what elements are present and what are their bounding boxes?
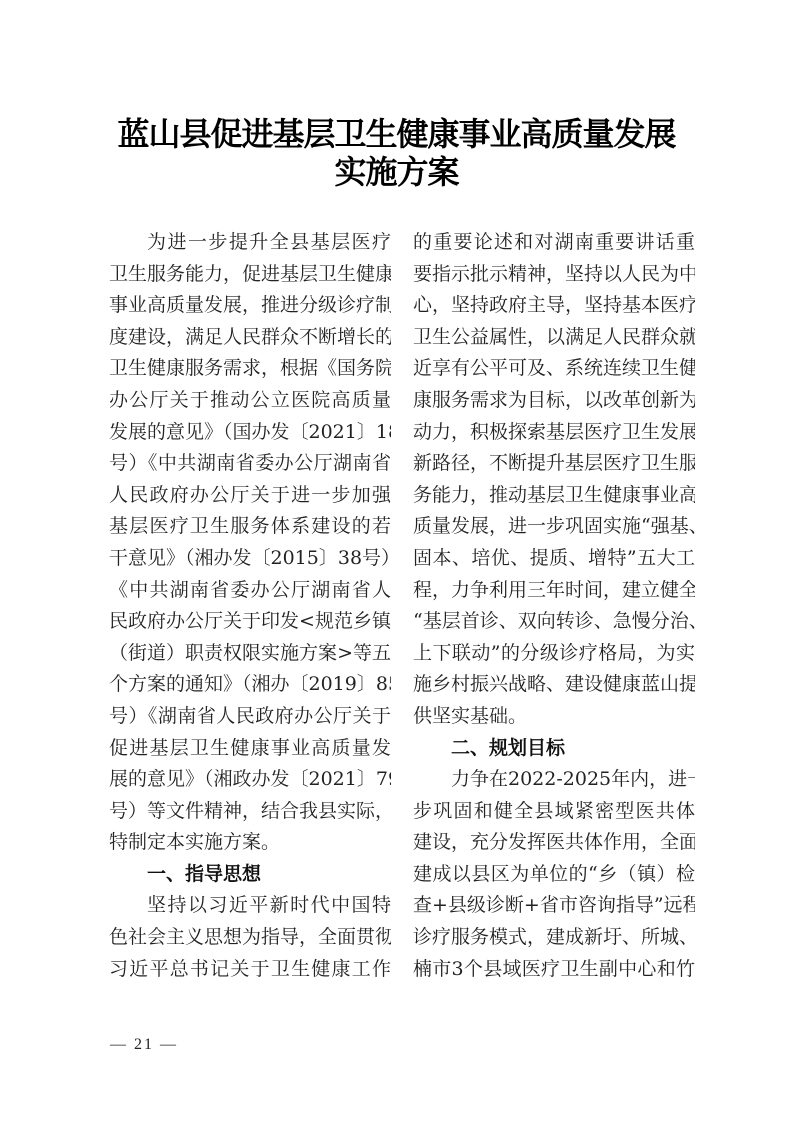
text-line: 康服务需求为目标，以改革创新为 (413, 385, 695, 417)
document-title-line-2: 实施方案 (0, 152, 793, 192)
document-page: 蓝山县促进基层卫生健康事业高质量发展 实施方案 为进一步提升全县基层医疗卫生服务… (0, 0, 793, 1122)
text-line: 人民政府办公厅关于进一步加强 (109, 480, 391, 512)
text-line: 展的意见》（湘政办发〔2021〕79 (109, 764, 391, 796)
text-line: 事业高质量发展，推进分级诊疗制 (109, 290, 391, 322)
text-line: 习近平总书记关于卫生健康工作 (109, 954, 391, 986)
text-line: 供坚实基础。 (413, 701, 695, 733)
text-line: 为进一步提升全县基层医疗 (109, 227, 391, 259)
text-line: “基层首诊、双向转诊、急慢分治、 (413, 606, 695, 638)
text-line: 卫生服务能力，促进基层卫生健康 (109, 259, 391, 291)
section-heading: 一、指导思想 (109, 859, 391, 891)
text-line: 步巩固和健全县域紧密型医共体 (413, 796, 695, 828)
text-line: 卫生公益属性，以满足人民群众就 (413, 322, 695, 354)
text-line: 动力，积极探索基层医疗卫生发展 (413, 417, 695, 449)
text-line: 的重要论述和对湖南重要讲话重 (413, 227, 695, 259)
text-line: 要指示批示精神，坚持以人民为中 (413, 259, 695, 291)
text-line: 办公厅关于推动公立医院高质量 (109, 385, 391, 417)
text-line: 质量发展，进一步巩固实施“强基、 (413, 511, 695, 543)
text-line: 《中共湖南省委办公厅湖南省人 (109, 575, 391, 607)
text-line: （街道）职责权限实施方案>等五 (109, 638, 391, 670)
text-line: 号）等文件精神，结合我县实际， (109, 796, 391, 828)
text-line: 坚持以习近平新时代中国特 (109, 890, 391, 922)
text-line: 色社会主义思想为指导，全面贯彻 (109, 922, 391, 954)
right-text-column: 的重要论述和对湖南重要讲话重要指示批示精神，坚持以人民为中心，坚持政府主导，坚持… (413, 227, 695, 985)
page-number: — 21 — (110, 1036, 178, 1054)
text-line: 务能力，推动基层卫生健康事业高 (413, 480, 695, 512)
text-line: 促进基层卫生健康事业高质量发 (109, 733, 391, 765)
text-line: 发展的意见》（国办发〔2021〕18 (109, 417, 391, 449)
text-line: 特制定本实施方案。 (109, 827, 391, 859)
text-line: 楠市3个县域医疗卫生副中心和竹 (413, 954, 695, 986)
text-line: 心，坚持政府主导，坚持基本医疗 (413, 290, 695, 322)
text-line: 干意见》（湘办发〔2015〕38号） (109, 543, 391, 575)
left-text-column: 为进一步提升全县基层医疗卫生服务能力，促进基层卫生健康事业高质量发展，推进分级诊… (109, 227, 391, 985)
text-line: 施乡村振兴战略、建设健康蓝山提 (413, 669, 695, 701)
section-heading: 二、规划目标 (413, 733, 695, 765)
text-line: 上下联动”的分级诊疗格局，为实 (413, 638, 695, 670)
document-title-line-1: 蓝山县促进基层卫生健康事业高质量发展 (0, 114, 793, 154)
text-line: 民政府办公厅关于印发<规范乡镇 (109, 606, 391, 638)
text-line: 卫生健康服务需求，根据《国务院 (109, 353, 391, 385)
text-line: 查+县级诊断+省市咨询指导”远程 (413, 890, 695, 922)
text-line: 基层医疗卫生服务体系建设的若 (109, 511, 391, 543)
text-line: 建设，充分发挥医共体作用，全面 (413, 827, 695, 859)
text-line: 号）《中共湖南省委办公厅湖南省 (109, 448, 391, 480)
text-line: 力争在2022-2025年内，进一 (413, 764, 695, 796)
text-line: 号）《湖南省人民政府办公厅关于 (109, 701, 391, 733)
text-line: 度建设，满足人民群众不断增长的 (109, 322, 391, 354)
text-line: 近享有公平可及、系统连续卫生健 (413, 353, 695, 385)
text-line: 固本、培优、提质、增特”五大工 (413, 543, 695, 575)
text-line: 新路径，不断提升基层医疗卫生服 (413, 448, 695, 480)
text-line: 程，力争利用三年时间，建立健全 (413, 575, 695, 607)
text-line: 诊疗服务模式，建成新圩、所城、 (413, 922, 695, 954)
text-line: 建成以县区为单位的“乡（镇）检 (413, 859, 695, 891)
text-line: 个方案的通知》（湘办〔2019〕85 (109, 669, 391, 701)
